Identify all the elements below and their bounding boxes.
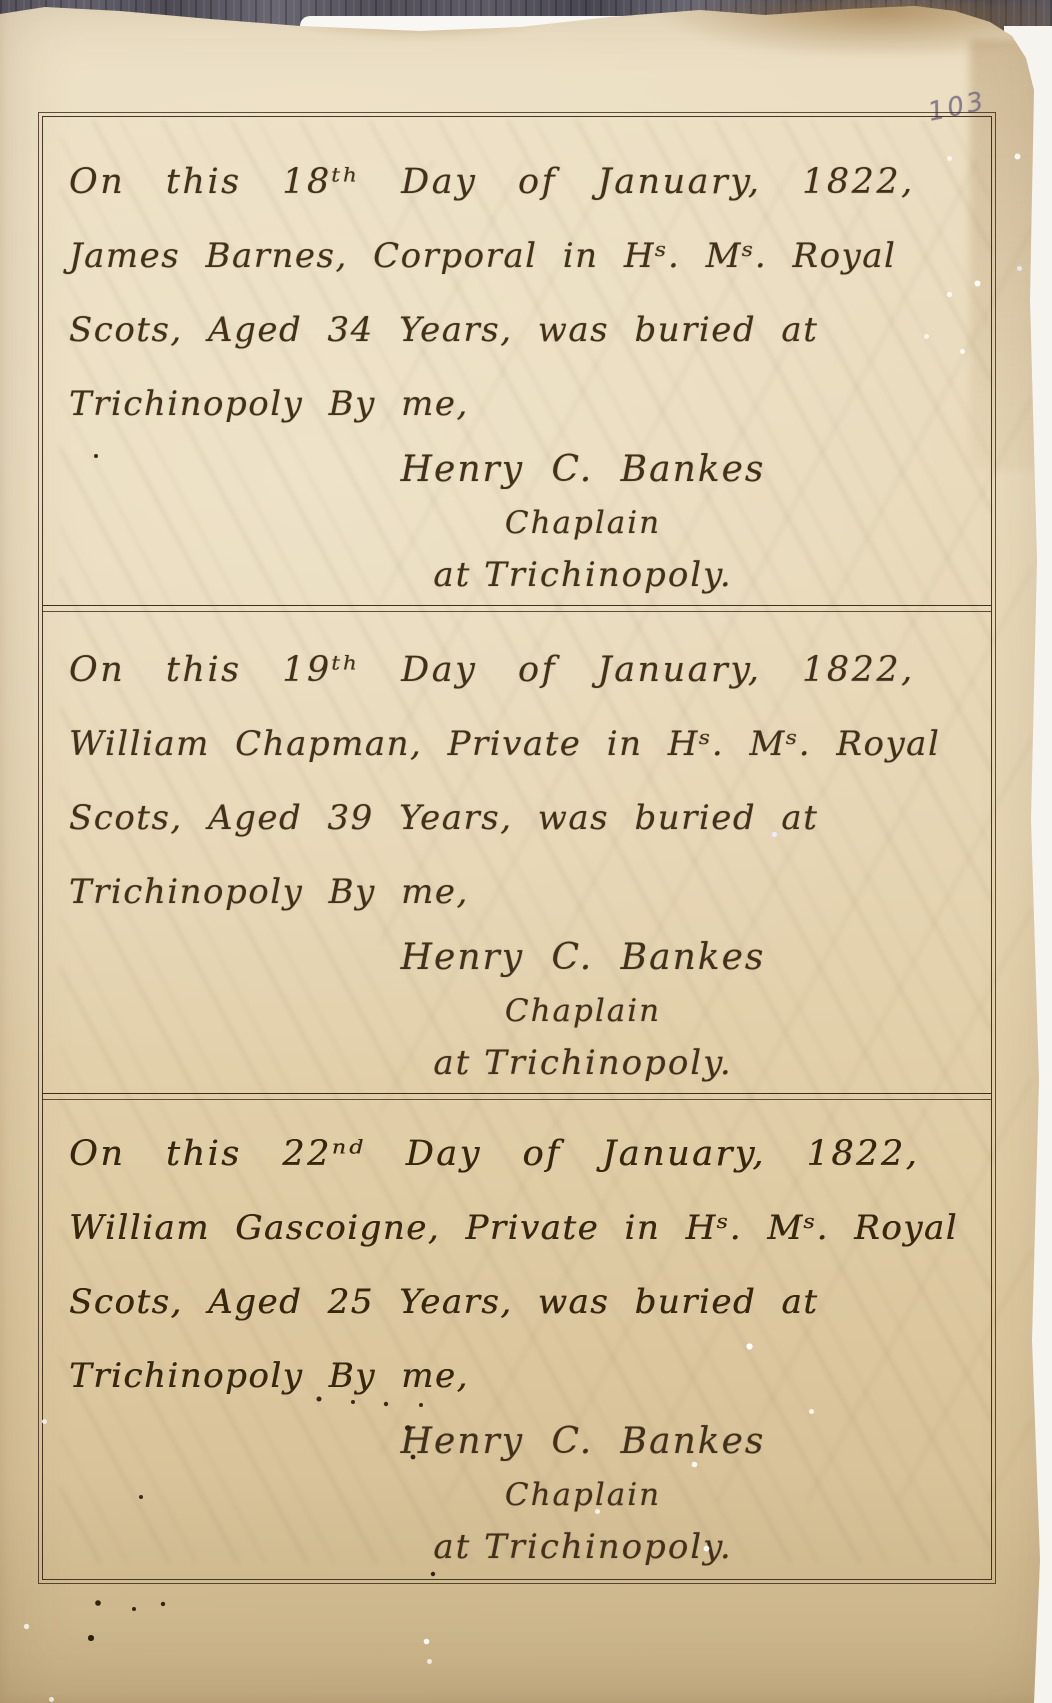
manuscript-paper: 103 On this 18ᵗʰ Day of January, 1822, J… — [0, 0, 1052, 1703]
photo-vignette — [0, 0, 1052, 1703]
